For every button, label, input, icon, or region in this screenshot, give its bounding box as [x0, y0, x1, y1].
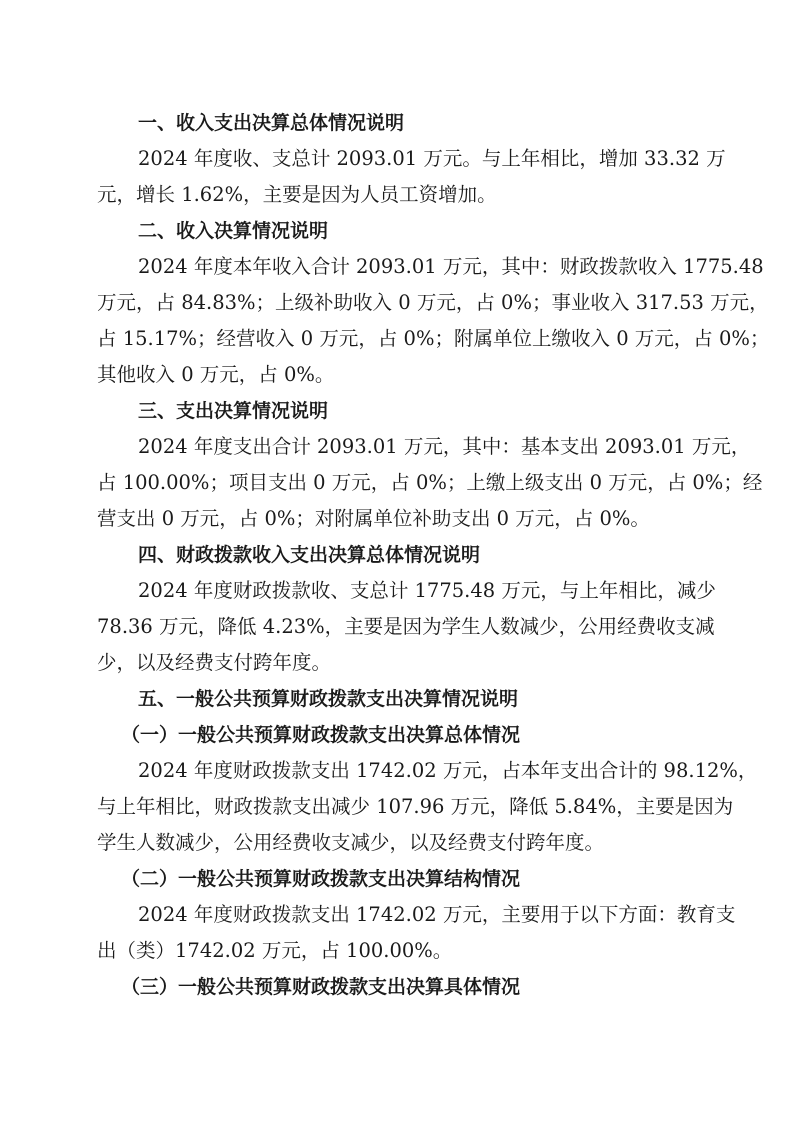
- paragraph-line: 2024 年度本年收入合计 2093.01 万元，其中：财政拨款收入 1775.…: [97, 249, 699, 285]
- section-heading-2: 二、收入决算情况说明: [97, 213, 699, 249]
- paragraph-line: 营支出 0 万元，占 0%；对附属单位补助支出 0 万元，占 0%。: [97, 501, 699, 537]
- paragraph-line: 占 15.17%；经营收入 0 万元，占 0%；附属单位上缴收入 0 万元，占 …: [97, 321, 699, 357]
- section-heading-4: 四、财政拨款收入支出决算总体情况说明: [97, 537, 699, 573]
- paragraph-line: 2024 年度财政拨款收、支总计 1775.48 万元，与上年相比，减少: [97, 573, 699, 609]
- subsection-heading-1: （一）一般公共预算财政拨款支出决算总体情况: [97, 717, 699, 753]
- paragraph-line: 出（类）1742.02 万元，占 100.00%。: [97, 933, 699, 969]
- subsection-heading-2: （二）一般公共预算财政拨款支出决算结构情况: [97, 861, 699, 897]
- paragraph-line: 2024 年度收、支总计 2093.01 万元。与上年相比，增加 33.32 万: [97, 141, 699, 177]
- paragraph-line: 78.36 万元，降低 4.23%，主要是因为学生人数减少，公用经费收支减: [97, 609, 699, 645]
- subsection-heading-3: （三）一般公共预算财政拨款支出决算具体情况: [97, 969, 699, 1005]
- document-page: 一、收入支出决算总体情况说明 2024 年度收、支总计 2093.01 万元。与…: [97, 105, 699, 1005]
- section-heading-3: 三、支出决算情况说明: [97, 393, 699, 429]
- paragraph-line: 2024 年度支出合计 2093.01 万元，其中：基本支出 2093.01 万…: [97, 429, 699, 465]
- paragraph-line: 2024 年度财政拨款支出 1742.02 万元，占本年支出合计的 98.12%…: [97, 753, 699, 789]
- section-heading-5: 五、一般公共预算财政拨款支出决算情况说明: [97, 681, 699, 717]
- paragraph-line: 占 100.00%；项目支出 0 万元，占 0%；上缴上级支出 0 万元，占 0…: [97, 465, 699, 501]
- paragraph-line: 万元，占 84.83%；上级补助收入 0 万元，占 0%；事业收入 317.53…: [97, 285, 699, 321]
- section-heading-1: 一、收入支出决算总体情况说明: [97, 105, 699, 141]
- paragraph-line: 2024 年度财政拨款支出 1742.02 万元，主要用于以下方面：教育支: [97, 897, 699, 933]
- paragraph-line: 其他收入 0 万元，占 0%。: [97, 357, 699, 393]
- paragraph-line: 少，以及经费支付跨年度。: [97, 645, 699, 681]
- paragraph-line: 学生人数减少，公用经费收支减少，以及经费支付跨年度。: [97, 825, 699, 861]
- paragraph-line: 与上年相比，财政拨款支出减少 107.96 万元，降低 5.84%，主要是因为: [97, 789, 699, 825]
- paragraph-line: 元，增长 1.62%，主要是因为人员工资增加。: [97, 177, 699, 213]
